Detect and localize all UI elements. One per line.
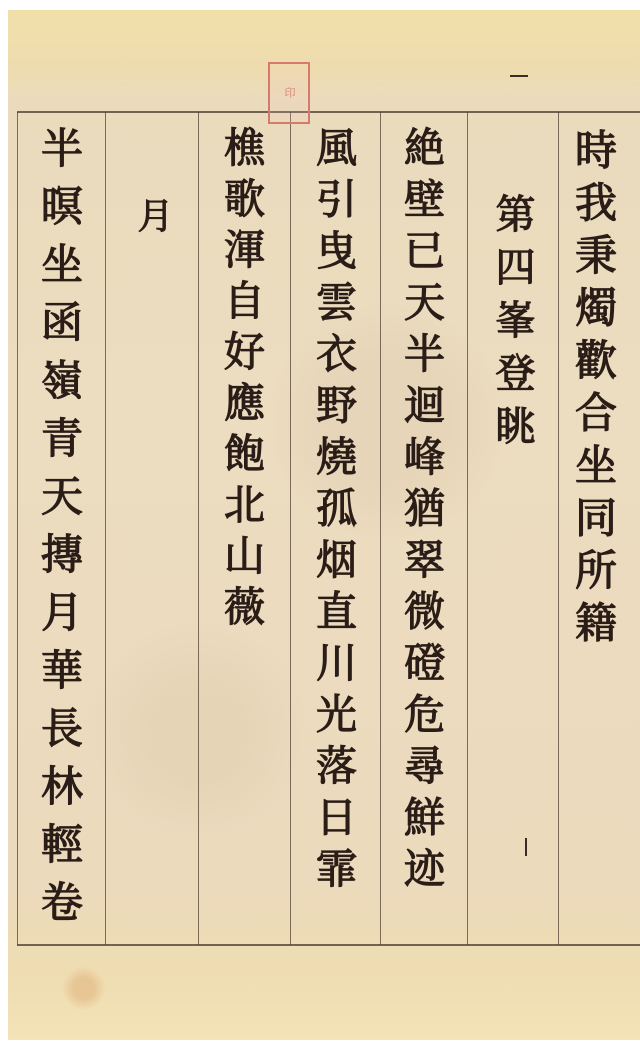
- column-rule: [105, 112, 106, 945]
- text-column-5: 樵歌渾自好應飽北山薇: [220, 126, 261, 636]
- ink-mark: [510, 75, 528, 77]
- column-rule: [467, 112, 468, 945]
- ink-mark: [525, 838, 527, 856]
- column-rule: [198, 112, 199, 945]
- column-rule: [380, 112, 381, 945]
- text-column-4: 風引曳雲衣野燒孤烟直川光落日霏: [312, 126, 353, 899]
- column-rule: [558, 112, 559, 945]
- column-rule: [17, 112, 18, 945]
- text-column-6: 月: [135, 197, 171, 247]
- text-column-7: 半暝坐函嶺青天摶月華長林輕卷: [38, 126, 80, 938]
- text-column-3: 絶壁已天半迴峰猶翠微磴危尋鮮迹: [400, 126, 441, 899]
- column-rule: [290, 112, 291, 945]
- text-column-1: 時我秉燭歡合坐同所籍: [572, 128, 614, 653]
- top-ruling-line: [17, 111, 640, 113]
- red-seal-stamp: 印: [268, 62, 310, 124]
- bottom-ruling-line: [17, 944, 640, 946]
- text-column-2-title: 第四峯登眺: [492, 193, 532, 458]
